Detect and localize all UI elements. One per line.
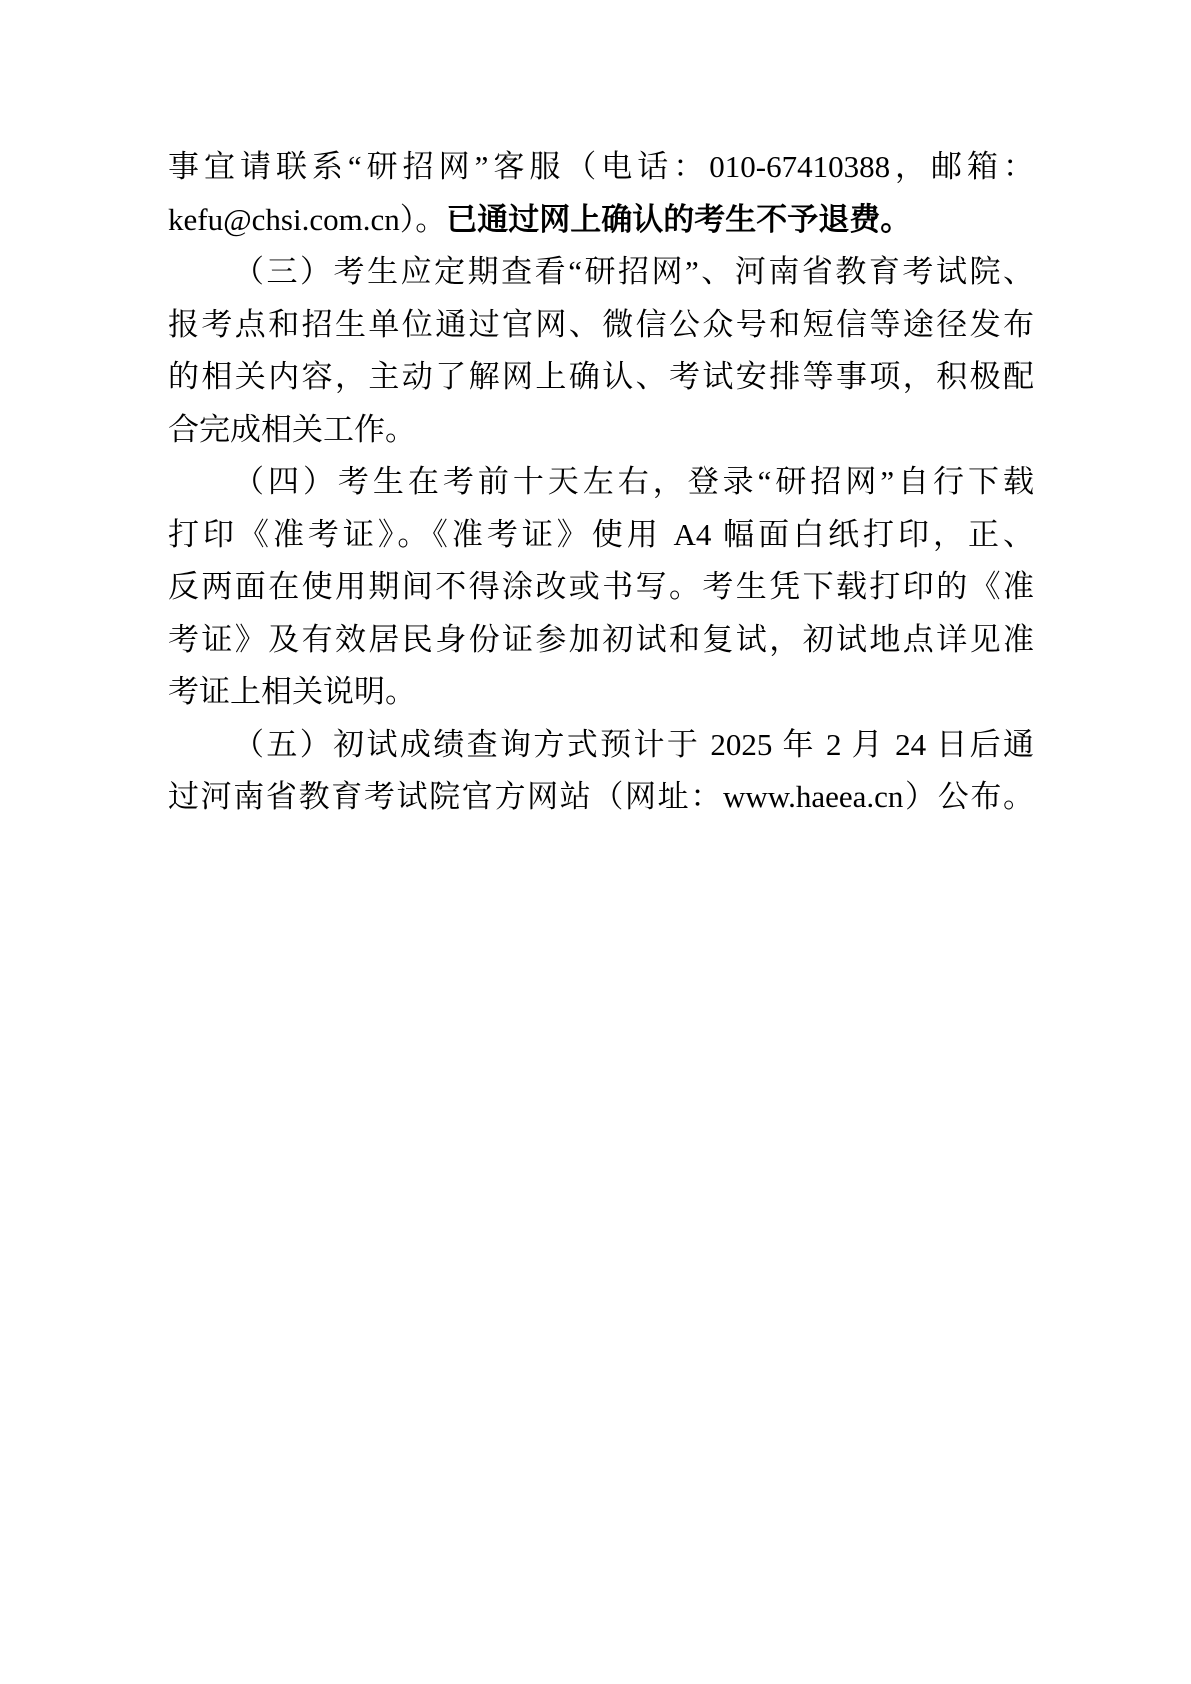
- text-line-12-paragraph-5-start: （五）初试成绩查询方式预计于 2025 年 2 月 24 日后通: [168, 719, 1034, 772]
- text-line-1: 事宜请联系“研招网”客服（电话：010-67410388，邮箱：: [168, 141, 1034, 194]
- document-body: 事宜请联系“研招网”客服（电话：010-67410388，邮箱： kefu@ch…: [168, 141, 1034, 824]
- text-line-4: 报考点和招生单位通过官网、微信公众号和短信等途径发布: [168, 299, 1034, 352]
- text-line-2: kefu@chsi.com.cn）。已通过网上确认的考生不予退费。: [168, 194, 1034, 247]
- text-line-7-paragraph-4-start: （四）考生在考前十天左右，登录“研招网”自行下载: [168, 456, 1034, 509]
- text-line-8: 打印《准考证》。《准考证》使用 A4 幅面白纸打印，正、: [168, 509, 1034, 562]
- text-line-3-paragraph-3-start: （三）考生应定期查看“研招网”、河南省教育考试院、: [168, 246, 1034, 299]
- document-page: 事宜请联系“研招网”客服（电话：010-67410388，邮箱： kefu@ch…: [0, 0, 1191, 1684]
- text-line-11: 考证上相关说明。: [168, 666, 1034, 719]
- text-line-9: 反两面在使用期间不得涂改或书写。考生凭下载打印的《准: [168, 561, 1034, 614]
- bold-notice-run: 已通过网上确认的考生不予退费。: [446, 202, 911, 237]
- text-line-10: 考证》及有效居民身份证参加初试和复试，初试地点详见准: [168, 614, 1034, 667]
- text-line-5: 的相关内容，主动了解网上确认、考试安排等事项，积极配: [168, 351, 1034, 404]
- email-run: kefu@chsi.com.cn）。: [168, 202, 446, 237]
- text-line-13: 过河南省教育考试院官方网站（网址：www.haeea.cn）公布。: [168, 771, 1034, 824]
- text-line-6: 合完成相关工作。: [168, 404, 1034, 457]
